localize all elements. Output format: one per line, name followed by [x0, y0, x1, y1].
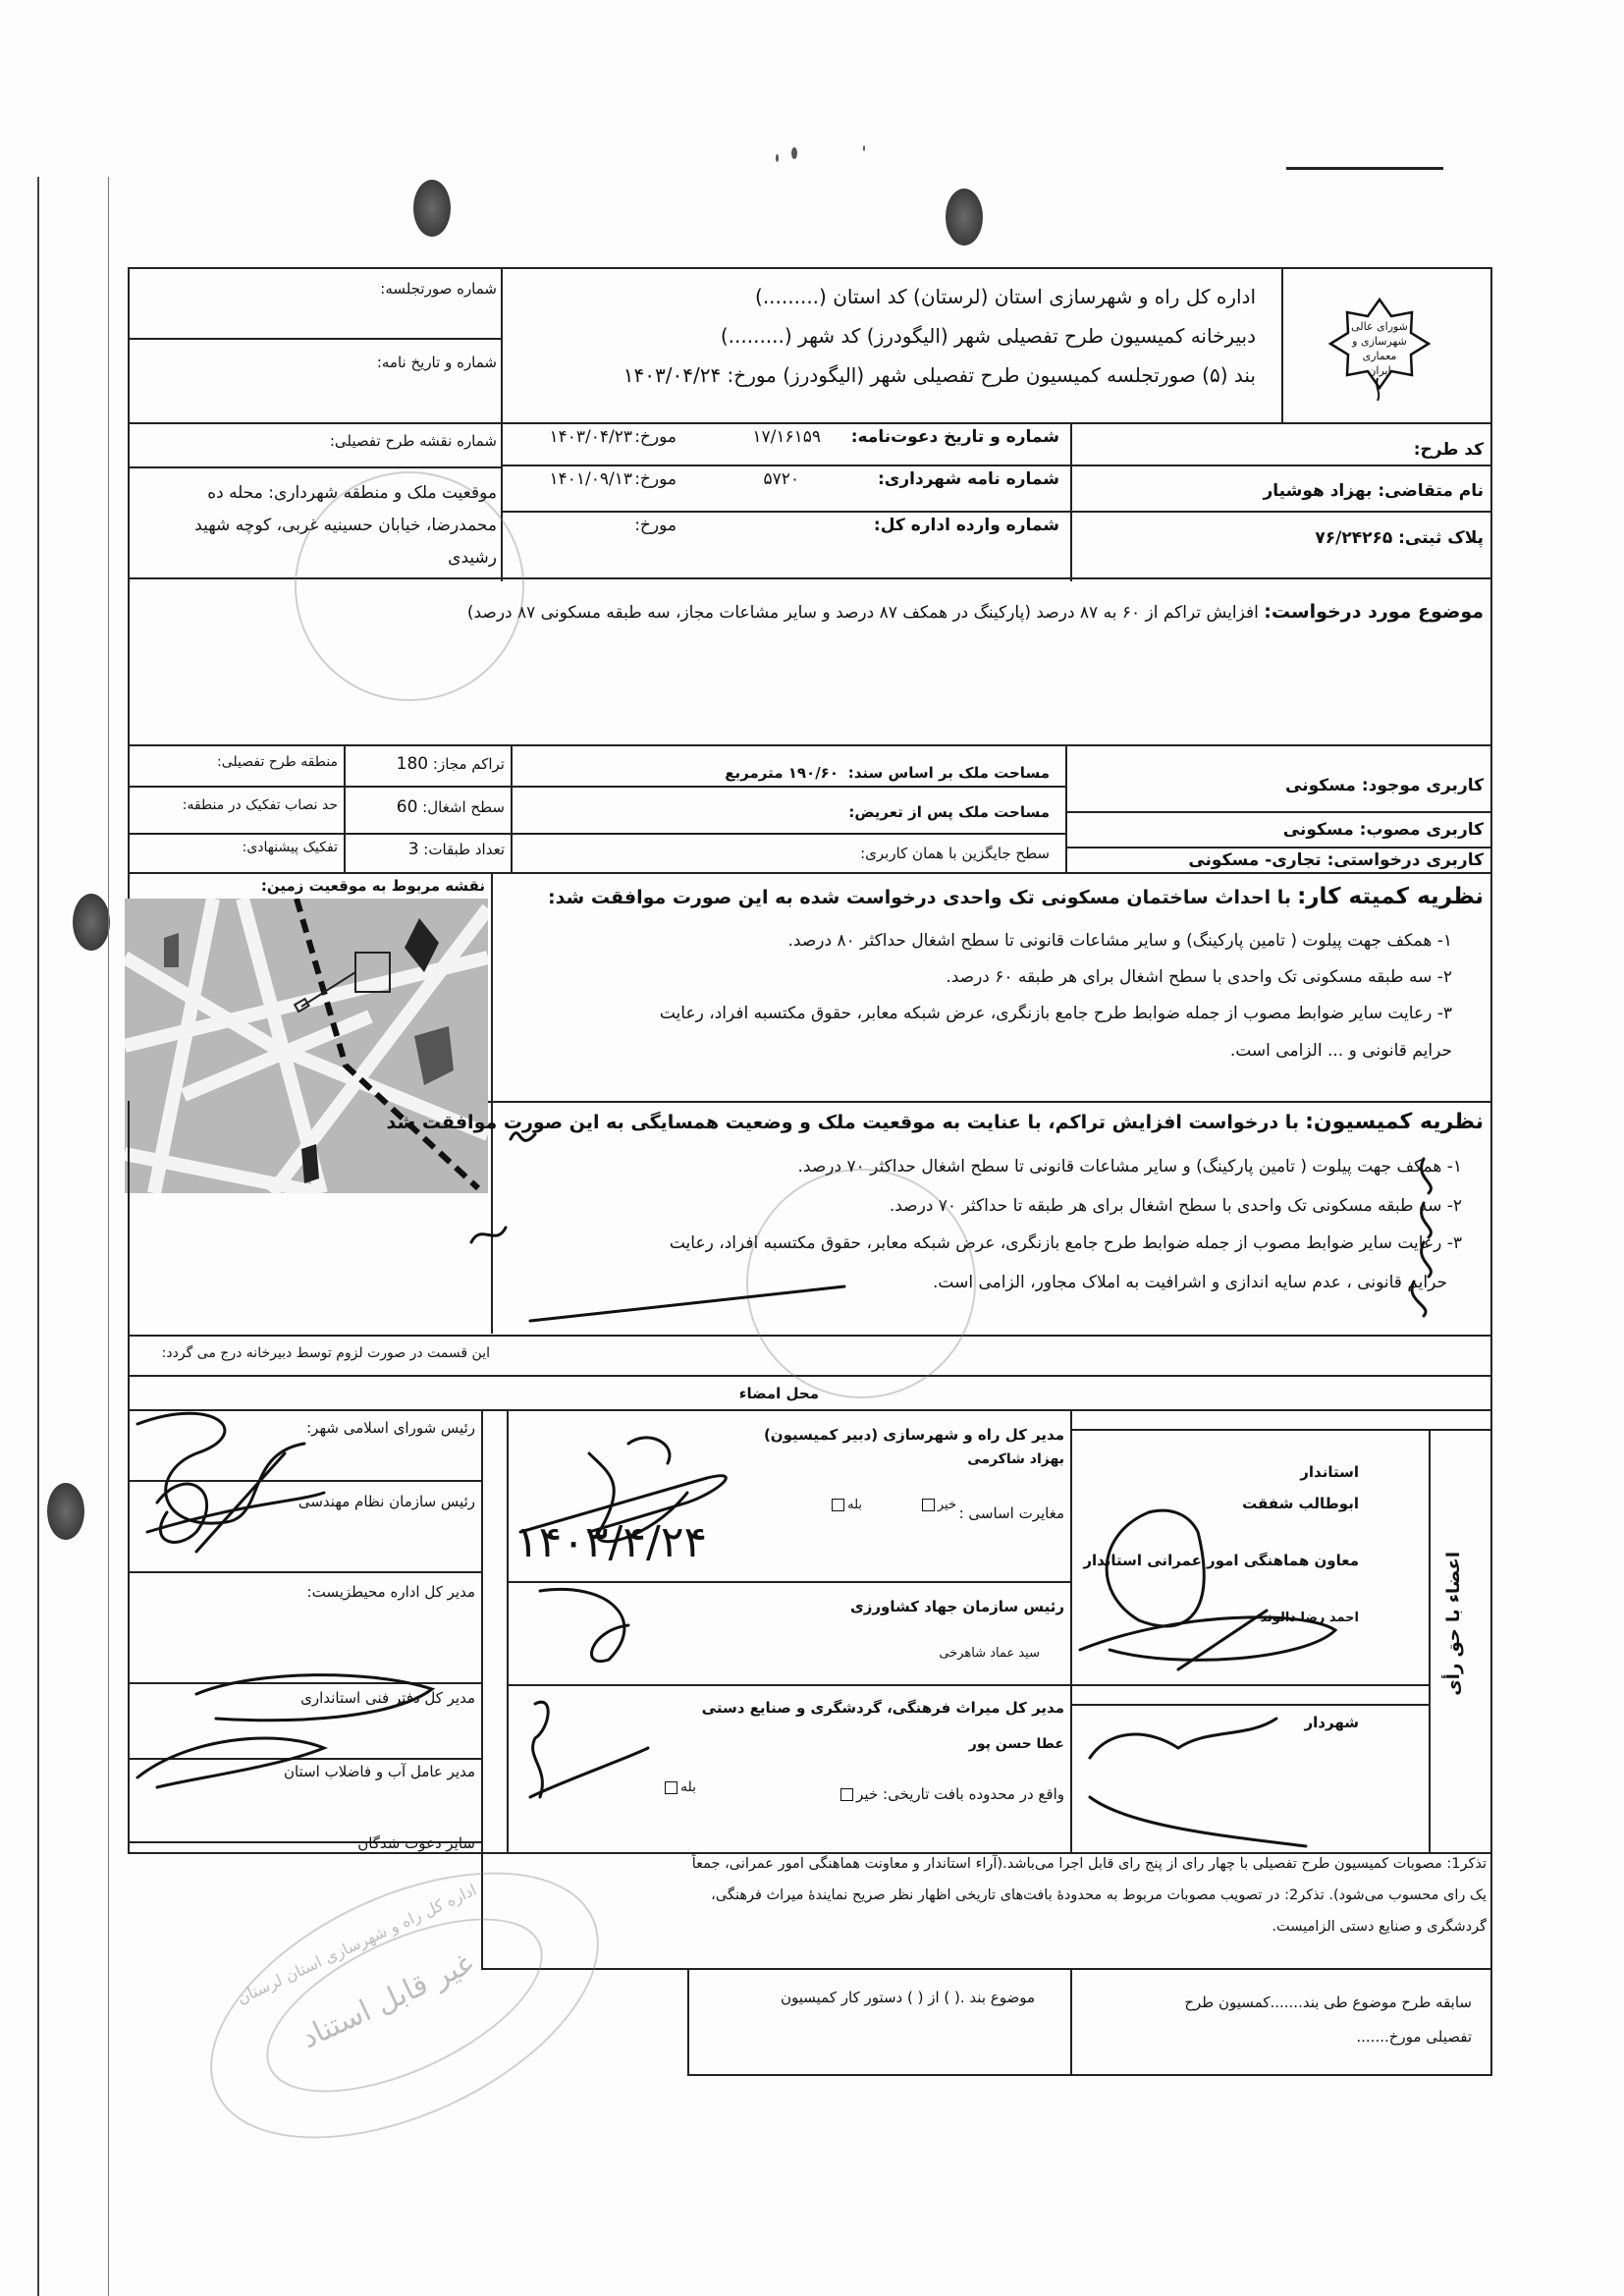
working-committee-intro: با احداث ساختمان مسکونی تک واحدی درخواست…: [548, 887, 1291, 908]
allowed-density: تراکم مجاز: 180: [397, 754, 505, 774]
divider: [128, 786, 1065, 788]
invitation-number: ۱۷/۱۶۱۵۹: [752, 427, 821, 447]
divider: [128, 1682, 481, 1684]
council-logo: شورای عالی شهرسازی و معماری ایران: [1321, 295, 1438, 408]
footer-box: [687, 1968, 1492, 2076]
historic-label: واقع در محدوده بافت تاریخی:: [883, 1785, 1064, 1803]
divider: [1070, 1704, 1429, 1706]
allowed-density-value: 180: [397, 754, 428, 774]
conflict-label: مغایرت اساسی :: [959, 1504, 1064, 1522]
scan-edge-left: [37, 177, 39, 2296]
commission-item-2: ۲- سه طبقه مسکونی تک واحدی با سطح اشغال …: [890, 1196, 1462, 1216]
divider: [1070, 1429, 1492, 1431]
request-subject-text: افزایش تراکم از ۶۰ به ۸۷ درصد (پارکینگ د…: [467, 603, 1259, 623]
requested-use: کاربری درخواستی: تجاری- مسکونی: [1188, 850, 1484, 870]
municipality-letter-date-label: مورخ:: [634, 469, 677, 489]
applicant-label: نام متقاضی: بهزاد هوشیار: [1264, 481, 1485, 501]
min-subdivision-label: حد نصاب تفکیک در منطقه:: [183, 797, 338, 813]
punch-hole-left-1: [73, 894, 110, 951]
agriculture-title: رئیس سازمان جهاد کشاورزی: [850, 1598, 1064, 1615]
historic-area: واقع در محدوده بافت تاریخی: خیر: [838, 1785, 1064, 1803]
proposed-subdivision-label: تفکیک پیشنهادی:: [243, 840, 338, 855]
divider: [128, 338, 501, 340]
no-checkbox[interactable]: [922, 1499, 935, 1511]
commission-intro: با درخواست افزایش تراکم، با عنایت به موق…: [387, 1112, 1300, 1133]
roads-director-title: مدیر کل راه و شهرسازی (دبیر کمیسیون): [764, 1426, 1064, 1444]
divider: [128, 833, 1065, 835]
note-line-3: گردشگری و صنایع دستی الزامیست.: [1272, 1919, 1487, 1935]
divider: [1065, 746, 1067, 874]
municipality-letter-label: شماره نامه شهرداری:: [878, 469, 1059, 489]
deputy-name: احمد رضا دالوند: [1260, 1611, 1359, 1625]
working-committee-item-3: ۳- رعایت سایر ضوابط مصوب از جمله ضوابط ط…: [660, 1004, 1452, 1023]
floors: تعداد طبقات: 3: [408, 840, 505, 859]
note-line-2: یک رای محسوب می‌شود). تذکر2: در تصویب مص…: [711, 1887, 1487, 1903]
divider: [507, 1684, 1429, 1686]
historic-yes-checkbox[interactable]: [665, 1781, 677, 1794]
divider: [1065, 811, 1492, 813]
water-company-ceo: مدیر عامل آب و فاضلاب استان: [284, 1763, 475, 1780]
divider: [501, 511, 1492, 513]
yes-checkbox[interactable]: [832, 1499, 844, 1511]
working-committee-item-2: ۲- سه طبقه مسکونی تک واحدی با سطح اشغال …: [946, 967, 1452, 987]
historic-no-label: خیر: [856, 1785, 878, 1803]
scan-edge-left-2: [108, 177, 109, 2296]
working-committee-item-3-cont: حرایم قانونی و ... الزامی است.: [1230, 1041, 1452, 1061]
scan-edge-top: [1286, 167, 1443, 170]
agenda-label: موضوع بند .( ) از ( ) دستور کار کمیسیون: [781, 1989, 1035, 2006]
environment-director: مدیر کل اداره محیطزیست:: [307, 1583, 475, 1601]
mayor-title: شهردار: [1305, 1714, 1359, 1731]
governor-title: استاندار: [1300, 1463, 1359, 1481]
detailed-plan-map-label: شماره نقشه طرح تفصیلی:: [330, 432, 497, 450]
divider: [507, 1409, 509, 1854]
divider: [128, 1571, 481, 1573]
floors-value: 3: [408, 840, 419, 859]
invitation-date: ۱۴۰۳/۰۴/۲۳: [549, 427, 632, 447]
scan-speck: [863, 145, 865, 151]
punch-hole-top-left: [413, 180, 451, 237]
occupancy-value: 60: [397, 797, 418, 817]
logo-text: شورای عالی شهرسازی و معماری ایران: [1350, 319, 1409, 378]
request-subject: موضوع مورد درخواست: افزایش تراکم از ۶۰ ب…: [467, 601, 1484, 623]
area-by-deed-label: مساحت ملک بر اساس سند:: [848, 764, 1050, 782]
divider: [128, 1409, 1492, 1411]
secretariat-note: این قسمت در صورت لزوم توسط دبیرخانه درج …: [162, 1345, 490, 1361]
meeting-number-label: شماره صورتجلسه:: [380, 280, 497, 298]
governorate-tech-director: مدیر کل دفتر فنی استانداری: [300, 1689, 475, 1707]
roads-director-name: بهزاد شاکرمی: [967, 1451, 1064, 1467]
divider: [344, 746, 346, 874]
working-committee-item-1: ۱- همکف جهت پیلوت ( تامین پارکینگ) و سای…: [788, 931, 1452, 951]
voting-members-label: اعضاء با حق رأی: [1443, 1552, 1464, 1696]
header-line-1: اداره کل راه و شهرسازی استان (لرستان) کد…: [755, 285, 1256, 308]
scan-speck: [791, 147, 797, 159]
invitation-date-label: مورخ:: [634, 427, 677, 447]
divider: [1070, 1968, 1072, 2076]
city-council-head: رئیس شورای اسلامی شهر:: [306, 1419, 475, 1437]
punch-hole-left-2: [47, 1483, 84, 1540]
existing-use: کاربری موجود: مسکونی: [1285, 776, 1484, 795]
plan-code-label: کد طرح:: [1414, 440, 1484, 460]
municipality-letter-number: ۵۷۲۰: [763, 469, 799, 489]
divider: [1429, 1429, 1431, 1854]
incoming-date-label: مورخ:: [634, 516, 677, 535]
area-by-deed-value: ۱۹۰/۶۰ مترمربع: [725, 764, 839, 782]
divider: [501, 465, 1492, 466]
allowed-density-label: تراکم مجاز:: [433, 755, 505, 773]
historic-yes: بله: [662, 1779, 696, 1795]
header-line-2: دبیرخانه کمیسیون طرح تفصیلی شهر (الیگودر…: [721, 324, 1256, 348]
commission-title: نظریه کمیسیون:: [1305, 1110, 1484, 1134]
divider: [1065, 847, 1492, 848]
historic-no-checkbox[interactable]: [840, 1788, 853, 1801]
divider: [1070, 424, 1072, 581]
replacement-level-label: سطح جایگزین با همان کاربری:: [860, 845, 1050, 862]
punch-hole-top-center: [946, 189, 983, 246]
yes-option-label: بله: [847, 1498, 862, 1512]
divider: [128, 466, 501, 468]
note-line-1: تذکر1: مصوبات کمیسیون طرح تفصیلی با چهار…: [692, 1856, 1487, 1872]
agriculture-name: سید عماد شاهرخی: [939, 1646, 1040, 1661]
municipality-letter-date: ۱۴۰۱/۰۹/۱۳: [549, 469, 632, 489]
request-subject-label: موضوع مورد درخواست:: [1264, 601, 1484, 623]
occupancy: سطح اشغال: 60: [397, 797, 505, 817]
heritage-name: عطا حسن پور: [969, 1736, 1064, 1752]
header-line-3: بند (۵) صورتجلسه کمیسیون طرح تفصیلی شهر …: [623, 363, 1256, 387]
deputy-title: معاون هماهنگی امور عمرانی استاندار: [1083, 1552, 1359, 1569]
floors-label: تعداد طبقات:: [423, 841, 505, 858]
divider: [1281, 267, 1283, 424]
no-option-label: خیر: [938, 1498, 956, 1512]
divider: [481, 1409, 483, 1854]
heritage-title: مدیر کل میراث فرهنگی، گردشگری و صنایع دس…: [702, 1699, 1064, 1717]
divider: [1070, 1409, 1072, 1854]
map-label: نقشه مربوط به موقعیت زمین:: [261, 877, 485, 895]
scan-speck: [776, 154, 779, 162]
history-label: سابقه طرح موضوع طی بند.......کمسیون طرح: [1184, 1994, 1472, 2011]
divider: [507, 1581, 1070, 1583]
letter-number-date-label: شماره و تاریخ نامه:: [377, 354, 497, 371]
divider: [128, 1480, 481, 1482]
divider: [128, 1758, 481, 1760]
history-label-2: تفصیلی مورخ.......: [1356, 2028, 1472, 2046]
engineering-org-head: رئیس سازمان نظام مهندسی: [298, 1493, 475, 1510]
detailed-zone-label: منطقه طرح تفصیلی:: [217, 754, 338, 770]
registration-plate-label: پلاک ثبتی: ۷۶/۲۴۲۶۵: [1315, 528, 1484, 548]
commission-heading: نظریه کمیسیون: با درخواست افزایش تراکم، …: [387, 1110, 1484, 1134]
invitation-label: شماره و تاریخ دعوت‌نامه:: [851, 427, 1059, 447]
incoming-number-label: شماره وارده اداره کل:: [874, 516, 1059, 535]
occupancy-label: سطح اشغال:: [422, 798, 505, 816]
divider: [511, 746, 513, 874]
other-invitees: سایر دعوت شدگان: [357, 1834, 475, 1852]
conflict-options: خیر بله: [829, 1498, 956, 1512]
working-committee-title: نظریه کمیته کار:: [1297, 884, 1484, 909]
divider: [491, 1101, 1492, 1103]
historic-yes-label: بله: [680, 1779, 696, 1795]
signature-section-title: محل امضاء: [739, 1385, 819, 1402]
working-committee-heading: نظریه کمیته کار: با احداث ساختمان مسکونی…: [548, 884, 1484, 909]
fundamental-conflict: مغایرت اساسی :: [959, 1504, 1064, 1522]
governor-name: ابوطالب شفقت: [1242, 1495, 1359, 1512]
area-after-widening-label: مساحت ملک پس از تعریض:: [848, 803, 1050, 821]
commission-item-3-cont: حرایم قانونی ، عدم سایه اندازی و اشرافیت…: [933, 1273, 1447, 1292]
approved-use: کاربری مصوب: مسکونی: [1283, 820, 1484, 840]
